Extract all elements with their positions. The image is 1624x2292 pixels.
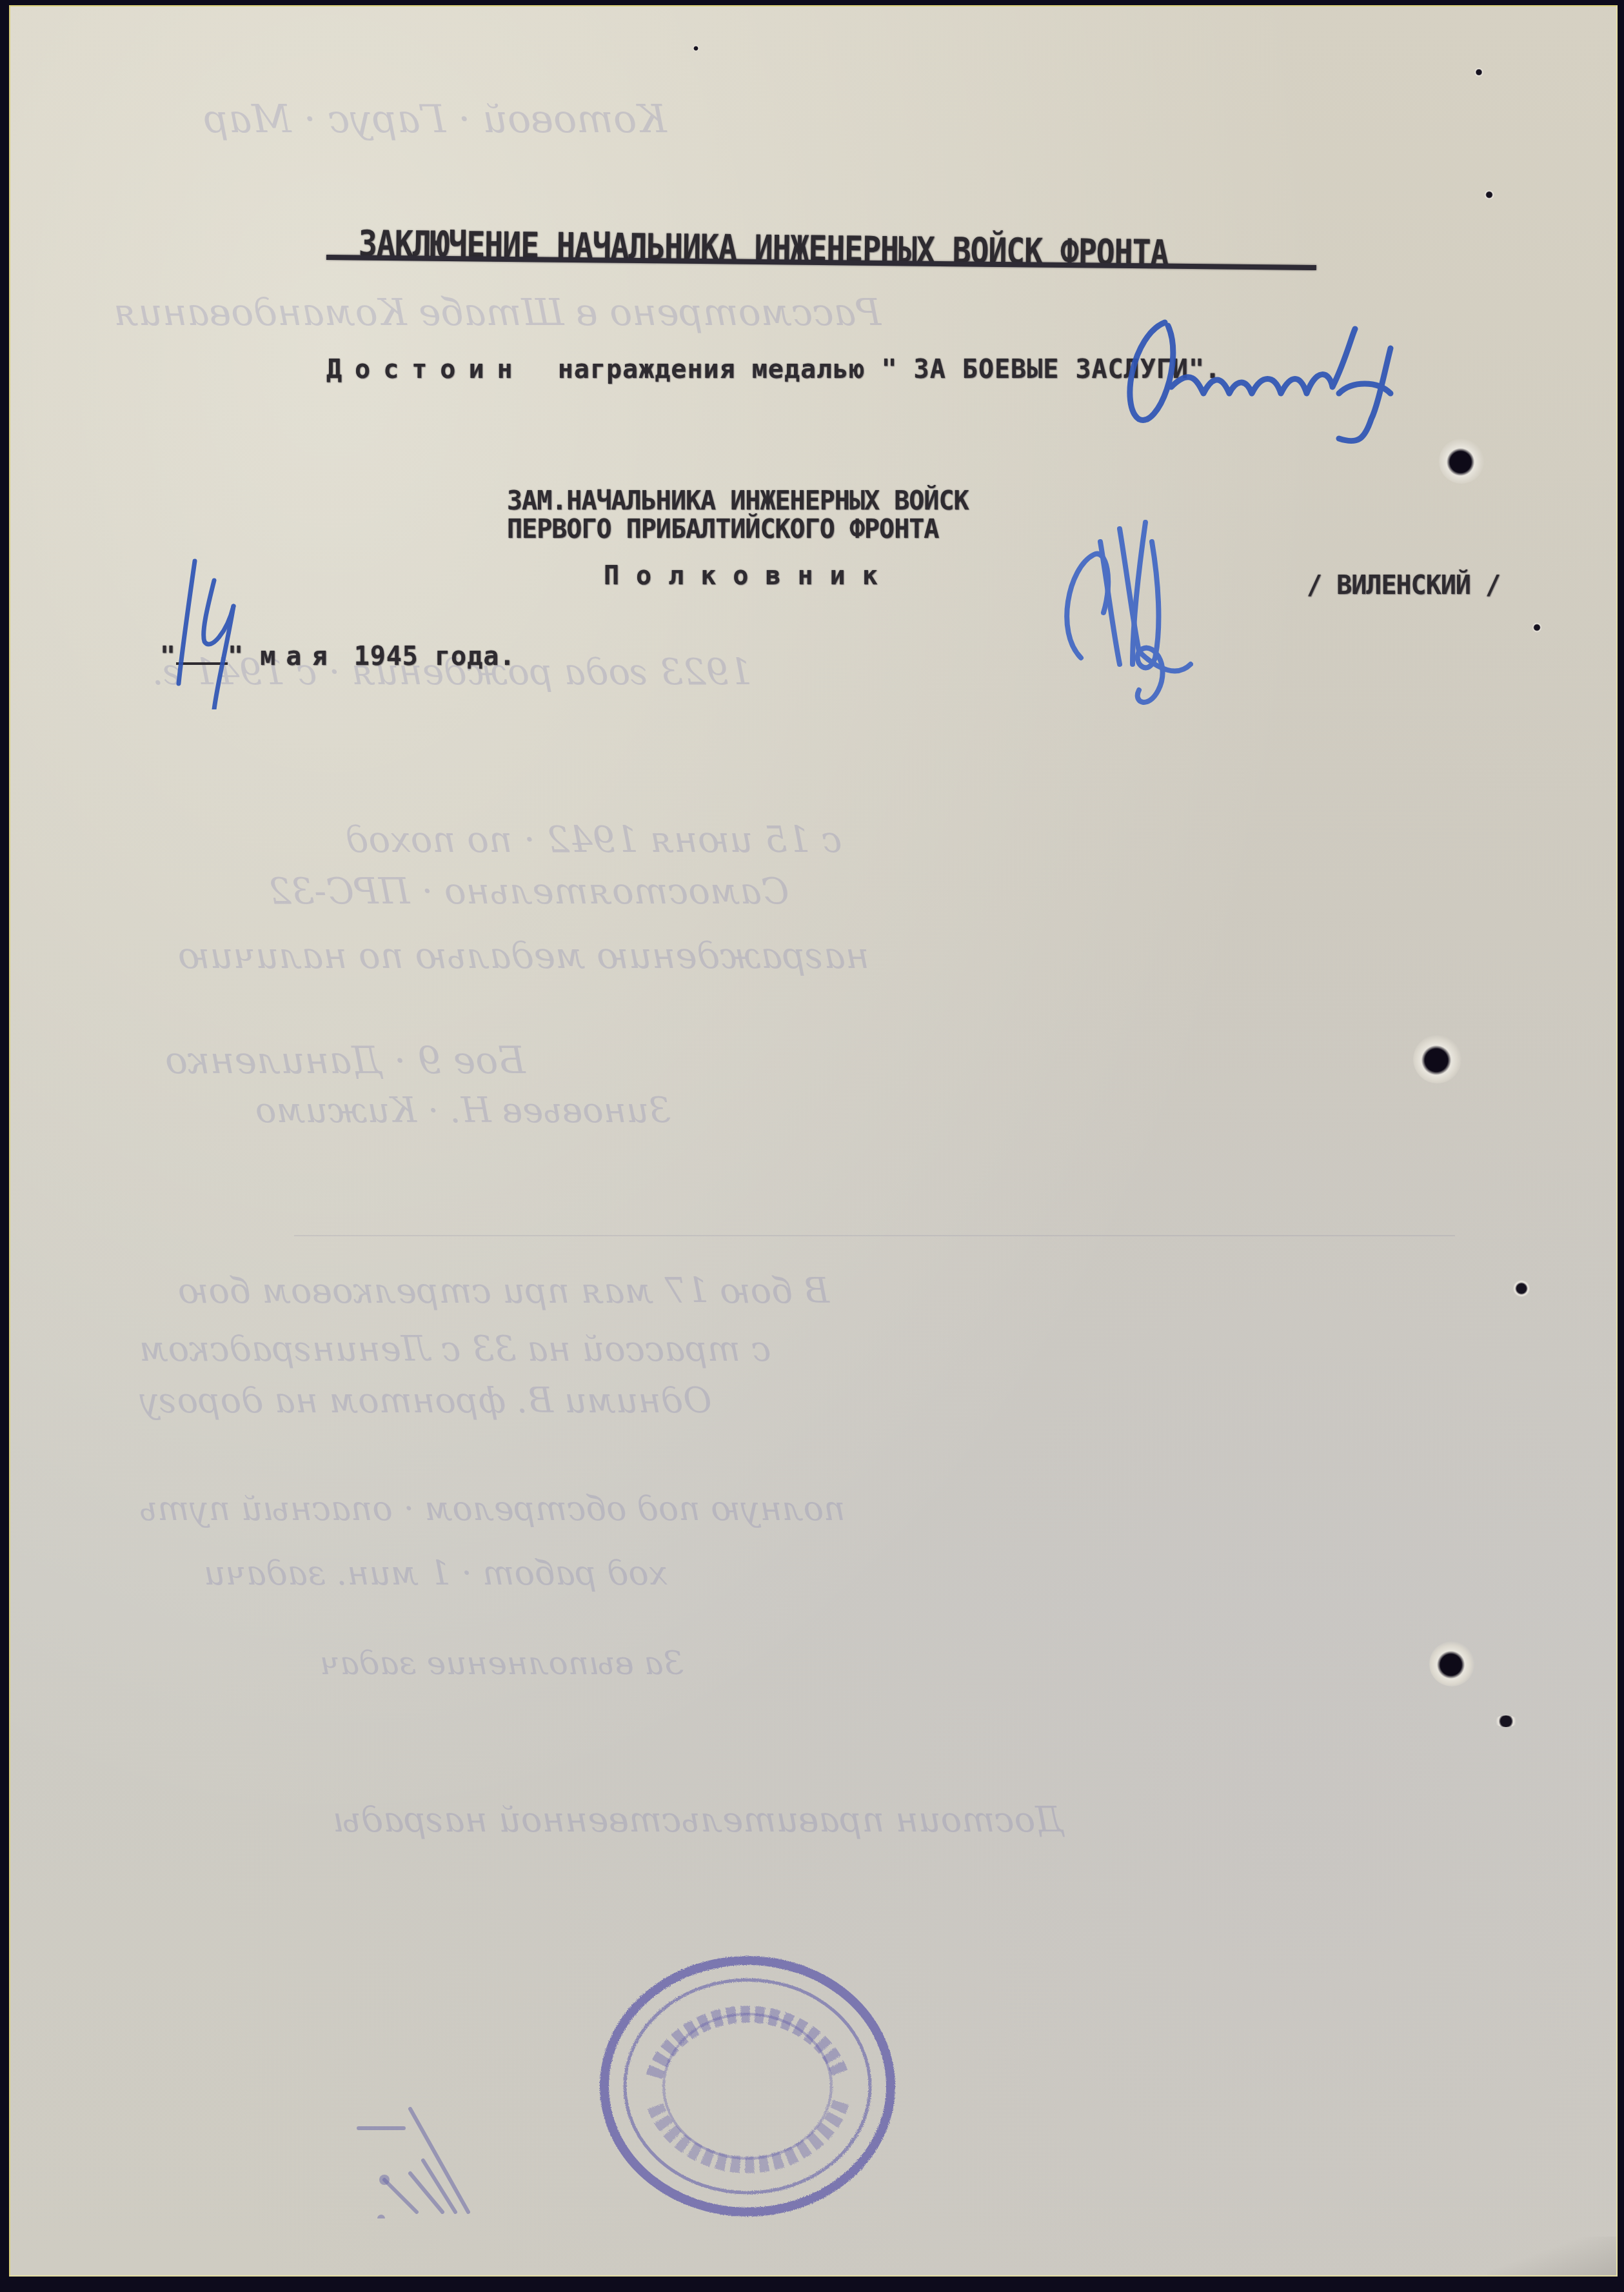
document-date: "" мая 1945 года. — [160, 642, 515, 671]
bleed-through-text: Бое 9 · Даниленко — [165, 1038, 526, 1082]
bleed-through-text: Зиновьев Н. · Кижимо — [255, 1090, 671, 1131]
award-verdict-line: Достоин награждения медалью " ЗА БОЕВЫЕ … — [326, 355, 1221, 384]
bleed-through-text: Достоин правительственной награды — [333, 1799, 1064, 1840]
signatory-surname: / ВИЛЕНСКИЙ / — [1307, 571, 1500, 600]
bleed-through-text: полную под обстрелом · опасный путь — [139, 1490, 845, 1528]
punch-hole — [1413, 1035, 1461, 1083]
bleed-through-text: В бою 17 мая при стрелковом бою — [178, 1270, 829, 1311]
signatory-title: ЗАМ.НАЧАЛЬНИКА ИНЖЕНЕРНЫХ ВОЙСКПЕРВОГО П… — [507, 487, 969, 544]
pin-hole — [693, 45, 699, 52]
pin-hole — [1494, 1715, 1518, 1727]
date-month: мая — [260, 642, 337, 671]
date-day-blank — [176, 643, 228, 665]
bleed-through-text: Рассмотрено в Штабе Командования — [114, 290, 881, 334]
punch-hole — [1439, 439, 1484, 484]
bleed-through-text: награждению медалью по наличию — [178, 935, 869, 977]
date-close-quote: " — [228, 642, 244, 671]
bleed-through-text: с 15 июня 1942 · по поход — [346, 819, 842, 861]
signatory-rank: Полковник — [604, 561, 895, 591]
date-open-quote: " — [160, 642, 176, 671]
bleed-through-text: Самостоятельно · ПРС-32 — [268, 871, 789, 913]
bleed-through-text: с трассой на 33 с Ленинградском — [139, 1329, 771, 1369]
curled-corner-shadow — [1487, 2237, 1616, 2275]
signature-icon — [1042, 503, 1249, 722]
round-seal-stamp — [596, 1948, 899, 2218]
bleed-through-text: За выполнение задач — [320, 1645, 684, 1682]
corner-initials-mark — [346, 2089, 494, 2218]
pin-hole — [1532, 622, 1541, 633]
verdict-word: Достоин — [326, 355, 526, 384]
pin-hole — [1513, 1280, 1530, 1297]
pin-hole — [1484, 190, 1494, 199]
signatory-title-line-2: ПЕРВОГО ПРИБАЛТИЙСКОГО ФРОНТА — [507, 515, 969, 544]
signatory-title-line-1: ЗАМ.НАЧАЛЬНИКА ИНЖЕНЕРНЫХ ВОЙСК — [507, 487, 969, 515]
bleed-through-rule — [294, 1235, 1455, 1236]
bleed-through-text: Одними В. фронтом на дорогу — [139, 1380, 712, 1421]
bleed-through-text: Котовой · Гарус · Мар — [204, 97, 667, 142]
document-page: Котовой · Гарус · Мар Рассмотрено в Штаб… — [9, 5, 1618, 2277]
pin-hole — [1474, 68, 1483, 77]
verdict-text: награждения медалью " ЗА БОЕВЫЕ ЗАСЛУГИ"… — [558, 355, 1221, 384]
punch-hole — [1429, 1641, 1474, 1686]
date-year: 1945 года. — [354, 642, 516, 671]
bleed-through-text: ход работ · 1 мин. задачи — [204, 1554, 668, 1593]
